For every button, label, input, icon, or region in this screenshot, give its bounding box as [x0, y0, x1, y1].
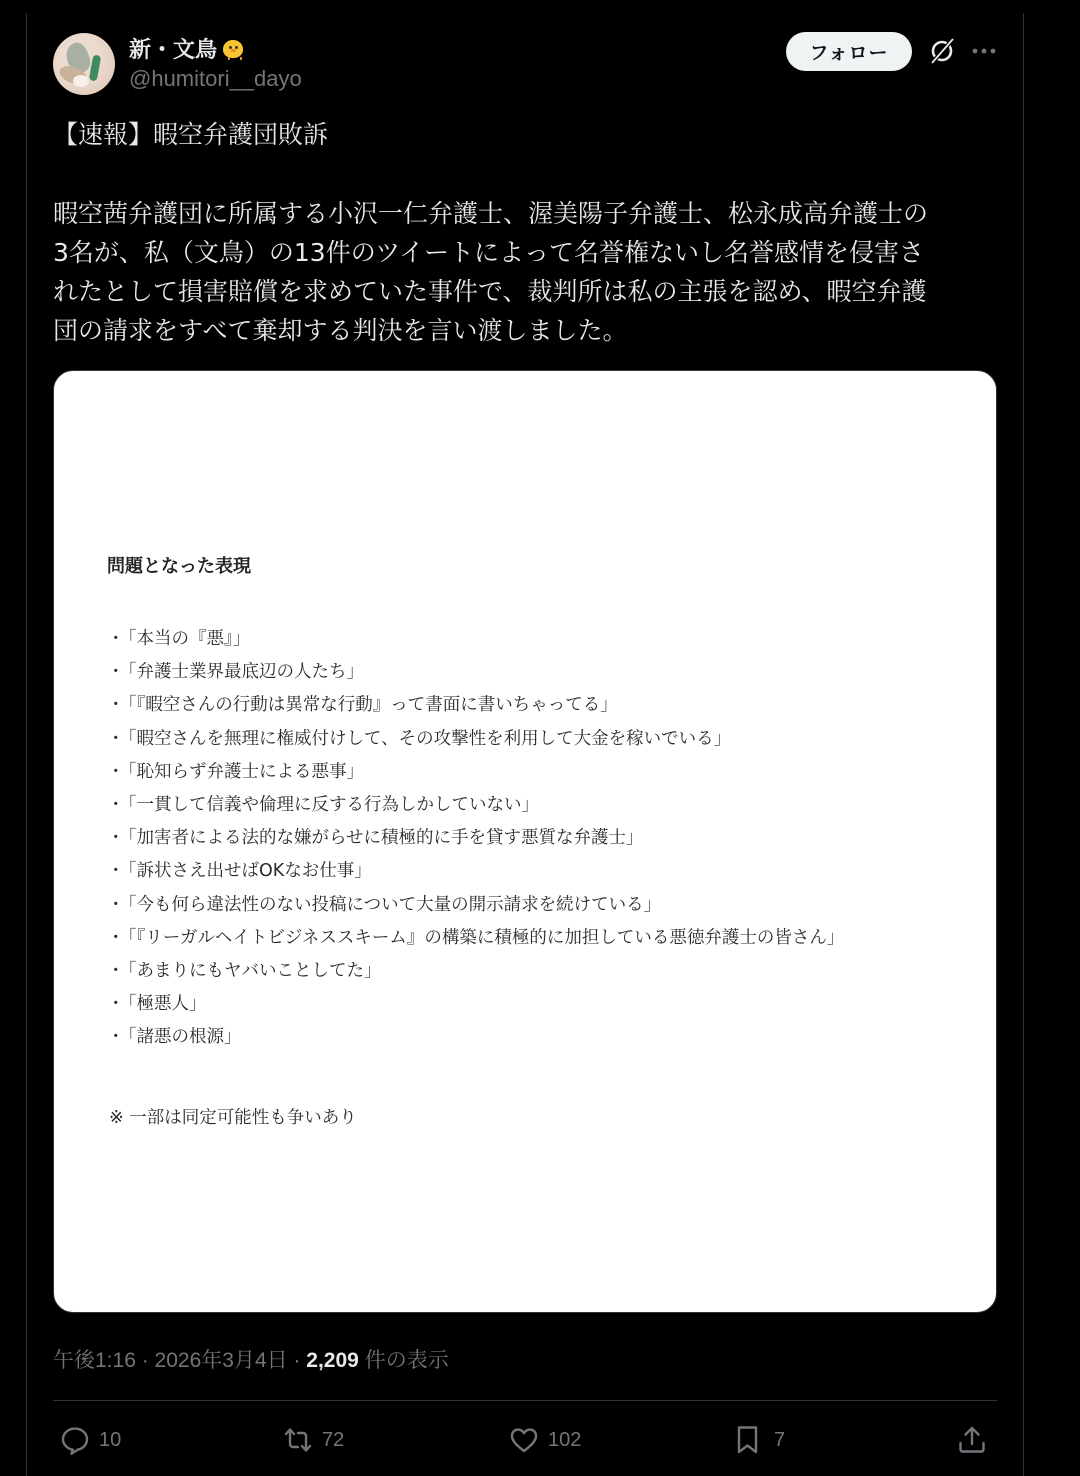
list-item: ・「一貫して信義や倫理に反する行為しかしていない」 [107, 789, 844, 822]
grok-button[interactable] [926, 35, 958, 67]
grok-icon [927, 36, 957, 66]
share-icon [956, 1424, 988, 1456]
tweet-body-line: 団の請求をすべて棄却する判決を言い渡しました。 [53, 311, 993, 350]
tweet-date[interactable]: 2026年3月4日 [155, 1349, 288, 1372]
views-label: 件の表示 [359, 1349, 449, 1372]
list-item: ・「極悪人」 [107, 988, 844, 1021]
tweet-body: 暇空茜弁護団に所属する小沢一仁弁護士、渥美陽子弁護士、松永成高弁護士の 3名が、… [53, 194, 993, 350]
media-title: 問題となった表現 [107, 552, 251, 578]
expression-list: ・「本当の『悪』」 ・「弁護士業界最底辺の人たち」 ・「『暇空さんの行動は異常な… [107, 623, 844, 1054]
tweet-meta: 午後1:16 · 2026年3月4日 · 2,209 件の表示 [53, 1344, 449, 1374]
list-item: ・「加害者による法的な嫌がらせに積極的に手を貸す悪質な弁護士」 [107, 822, 844, 855]
timeline-left-border [26, 13, 27, 1476]
chick-icon [221, 37, 245, 61]
list-item: ・「暇空さんを無理に権威付けして、その攻撃性を利用して大金を稼いでいる」 [107, 723, 844, 756]
follow-button[interactable]: フォロー [786, 32, 912, 71]
timeline-right-border [1023, 13, 1024, 1476]
list-item: ・「弁護士業界最底辺の人たち」 [107, 656, 844, 689]
list-item: ・「恥知らず弁護士による悪事」 [107, 756, 844, 789]
heart-icon [508, 1424, 540, 1456]
retweet-icon [282, 1424, 314, 1456]
media-image[interactable]: 問題となった表現 ・「本当の『悪』」 ・「弁護士業界最底辺の人たち」 ・「『暇空… [53, 370, 997, 1313]
bookmark-button[interactable]: 7 [734, 1420, 785, 1460]
reply-button[interactable]: 10 [59, 1420, 121, 1460]
tweet-body-line: れたとして損害賠償を求めていた事件で、裁判所は私の主張を認め、暇空弁護 [53, 272, 993, 311]
reply-icon [59, 1424, 91, 1456]
share-button[interactable] [956, 1420, 988, 1460]
like-count: 102 [548, 1429, 581, 1452]
list-item: ・「今も何ら違法性のない投稿について大量の開示請求を続けている」 [107, 889, 844, 922]
list-item: ・「『リーガルヘイトビジネススキーム』の構築に積極的に加担している悪徳弁護士の皆… [107, 922, 844, 955]
more-dots-icon [971, 47, 997, 55]
author-handle[interactable]: @humitori__dayo [129, 66, 302, 92]
list-item: ・「諸悪の根源」 [107, 1021, 844, 1054]
tweet-body-line: 暇空茜弁護団に所属する小沢一仁弁護士、渥美陽子弁護士、松永成高弁護士の [53, 194, 993, 233]
bookmark-count: 7 [774, 1429, 785, 1452]
display-name-text: 新・文鳥 [129, 33, 217, 64]
retweet-count: 72 [322, 1429, 344, 1452]
tweet-body-line: 3名が、私（文鳥）の13件のツイートによって名誉権ないし名誉感情を侵害さ [53, 233, 993, 272]
tweet-time[interactable]: 午後1:16 [53, 1349, 136, 1372]
retweet-button[interactable]: 72 [282, 1420, 344, 1460]
list-item: ・「あまりにもヤバいことしてた」 [107, 955, 844, 988]
author-display-name[interactable]: 新・文鳥 [129, 33, 245, 64]
more-options-button[interactable] [968, 38, 1000, 64]
bookmark-icon [734, 1424, 766, 1456]
list-item: ・「『暇空さんの行動は異常な行動』って書面に書いちゃってる」 [107, 689, 844, 722]
list-item: ・「訴状さえ出せばOKなお仕事」 [107, 855, 844, 888]
like-button[interactable]: 102 [508, 1420, 581, 1460]
list-item: ・「本当の『悪』」 [107, 623, 844, 656]
media-footnote: ※ 一部は同定可能性も争いあり [109, 1104, 357, 1129]
avatar[interactable] [53, 33, 115, 95]
tweet-headline: 【速報】暇空弁護団敗訴 [53, 116, 328, 154]
divider [53, 1400, 997, 1401]
views-count: 2,209 [306, 1349, 359, 1372]
reply-count: 10 [99, 1429, 121, 1452]
